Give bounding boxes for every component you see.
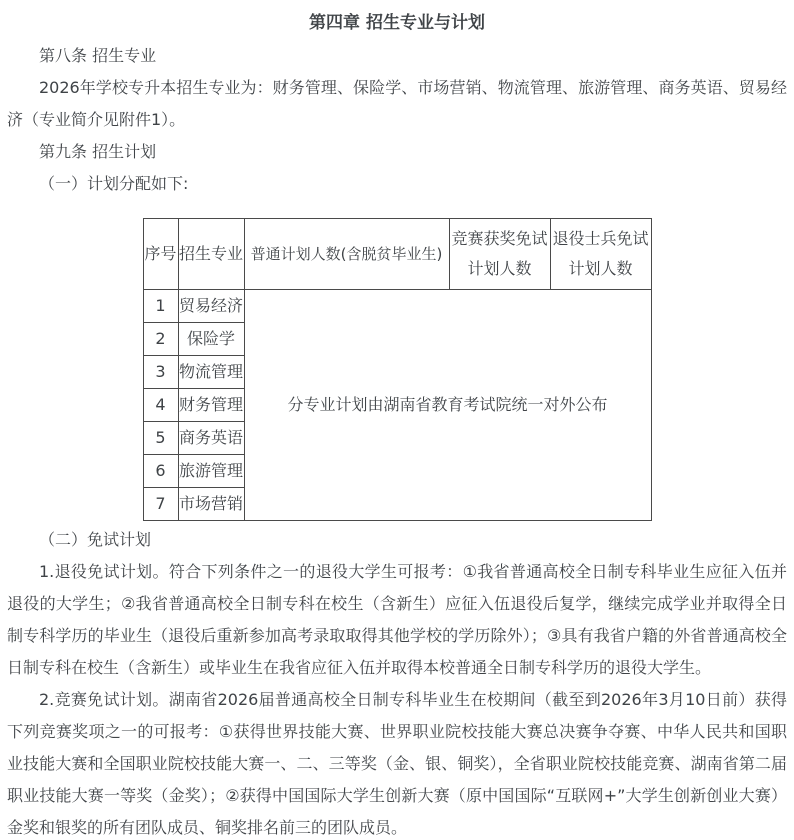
col-header-competition-exempt: 竞赛获奖免试计划人数 xyxy=(449,219,550,290)
major-cell: 贸易经济 xyxy=(178,290,244,323)
exemption-heading: （二）免试计划 xyxy=(7,524,787,556)
table-header-row: 序号 招生专业 普通计划人数(含脱贫毕业生) 竞赛获奖免试计划人数 退役士兵免试… xyxy=(143,219,651,290)
seq-cell: 4 xyxy=(143,389,178,422)
article8-paragraph: 2026年学校专升本招生专业为：财务管理、保险学、市场营销、物流管理、旅游管理、… xyxy=(7,72,787,136)
col-header-seq: 序号 xyxy=(143,219,178,290)
major-cell: 物流管理 xyxy=(178,356,244,389)
major-cell: 商务英语 xyxy=(178,422,244,455)
page-title: 第四章 招生专业与计划 xyxy=(7,6,787,40)
table-row: 1 贸易经济 分专业计划由湖南省教育考试院统一对外公布 xyxy=(143,290,651,323)
major-cell: 保险学 xyxy=(178,323,244,356)
col-header-veteran-exempt: 退役士兵免试计划人数 xyxy=(550,219,651,290)
major-cell: 财务管理 xyxy=(178,389,244,422)
seq-cell: 1 xyxy=(143,290,178,323)
seq-cell: 6 xyxy=(143,455,178,488)
merged-note-cell: 分专业计划由湖南省教育考试院统一对外公布 xyxy=(244,290,651,521)
col-header-normal-plan: 普通计划人数(含脱贫毕业生) xyxy=(244,219,449,290)
document-page: 第四章 招生专业与计划 第八条 招生专业 2026年学校专升本招生专业为：财务管… xyxy=(0,0,794,840)
exemption-paragraph-veteran: 1.退役免试计划。符合下列条件之一的退役大学生可报考：①我省普通高校全日制专科毕… xyxy=(7,556,787,684)
seq-cell: 5 xyxy=(143,422,178,455)
major-cell: 市场营销 xyxy=(178,488,244,521)
exemption-paragraph-competition: 2.竞赛免试计划。湖南省2026届普通高校全日制专科毕业生在校期间（截至到202… xyxy=(7,684,787,840)
col-header-major: 招生专业 xyxy=(178,219,244,290)
plan-allocation-heading: （一）计划分配如下: xyxy=(7,168,787,200)
article9-heading: 第九条 招生计划 xyxy=(7,136,787,168)
seq-cell: 2 xyxy=(143,323,178,356)
major-cell: 旅游管理 xyxy=(178,455,244,488)
enrollment-plan-table: 序号 招生专业 普通计划人数(含脱贫毕业生) 竞赛获奖免试计划人数 退役士兵免试… xyxy=(143,218,652,521)
article8-heading: 第八条 招生专业 xyxy=(7,40,787,72)
seq-cell: 3 xyxy=(143,356,178,389)
seq-cell: 7 xyxy=(143,488,178,521)
